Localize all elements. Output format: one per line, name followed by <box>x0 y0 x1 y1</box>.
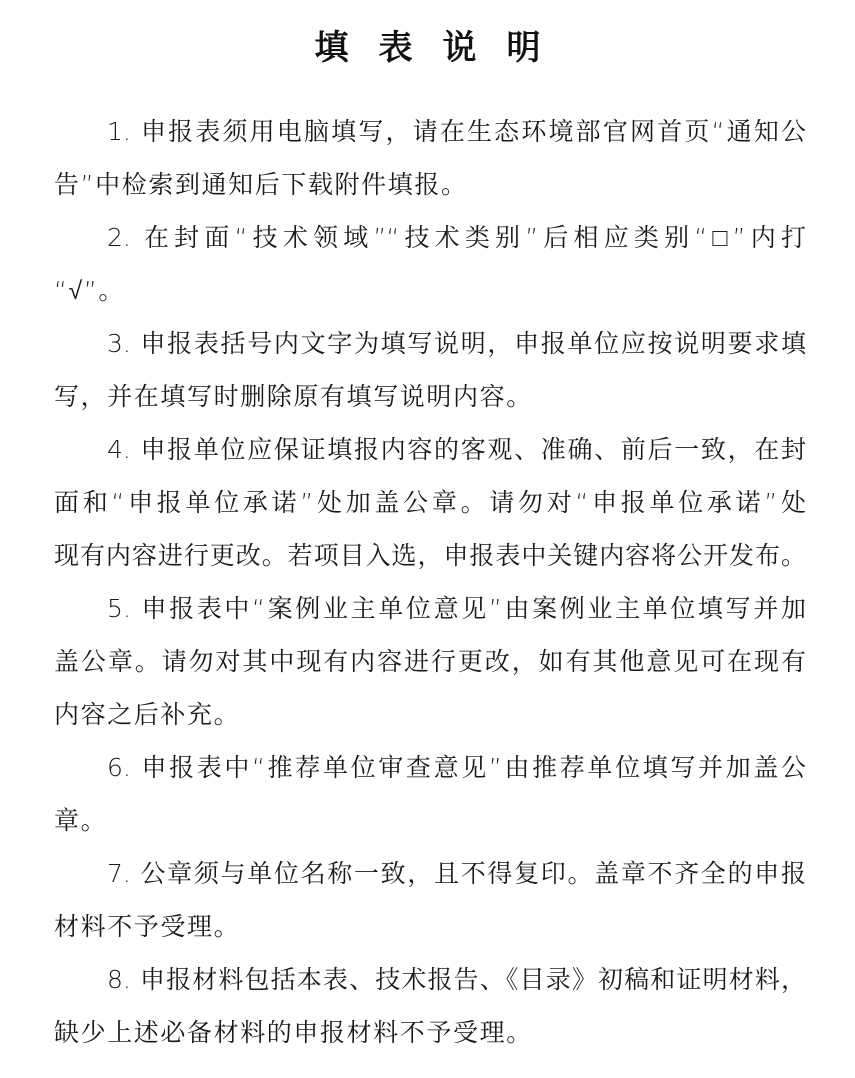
instructions-body: 1. 申报表须用电脑填写，请在生态环境部官网首页“通知公 告”中检索到通知后下载… <box>54 105 806 1059</box>
instruction-line: 6. 申报表中“推荐单位审查意见”由推荐单位填写并加盖公 <box>54 741 806 794</box>
instruction-item-2: 2. 在封面“技术领域”“技术类别”后相应类别“□”内打 “√”。 <box>54 211 806 317</box>
instruction-item-1: 1. 申报表须用电脑填写，请在生态环境部官网首页“通知公 告”中检索到通知后下载… <box>54 105 806 211</box>
instruction-item-6: 6. 申报表中“推荐单位审查意见”由推荐单位填写并加盖公 章。 <box>54 741 806 847</box>
instruction-line: 写，并在填写时删除原有填写说明内容。 <box>54 370 806 423</box>
instruction-item-5: 5. 申报表中“案例业主单位意见”由案例业主单位填写并加 盖公章。请勿对其中现有… <box>54 582 806 741</box>
instruction-line: 2. 在封面“技术领域”“技术类别”后相应类别“□”内打 <box>54 211 806 264</box>
instruction-line: 告”中检索到通知后下载附件填报。 <box>54 158 806 211</box>
instruction-item-4: 4. 申报单位应保证填报内容的客观、准确、前后一致，在封 面和“申报单位承诺”处… <box>54 423 806 582</box>
instruction-item-3: 3. 申报表括号内文字为填写说明，申报单位应按说明要求填 写，并在填写时删除原有… <box>54 317 806 423</box>
instruction-line: 面和“申报单位承诺”处加盖公章。请勿对“申报单位承诺”处 <box>54 476 806 529</box>
page-title: 填表说明 <box>0 24 855 72</box>
instruction-line: 5. 申报表中“案例业主单位意见”由案例业主单位填写并加 <box>54 582 806 635</box>
instruction-line: 现有内容进行更改。若项目入选，申报表中关键内容将公开发布。 <box>54 529 806 582</box>
instruction-line: 1. 申报表须用电脑填写，请在生态环境部官网首页“通知公 <box>54 105 806 158</box>
instruction-line: 4. 申报单位应保证填报内容的客观、准确、前后一致，在封 <box>54 423 806 476</box>
instruction-line: 8. 申报材料包括本表、技术报告、《目录》初稿和证明材料， <box>54 953 806 1006</box>
instruction-line: 盖公章。请勿对其中现有内容进行更改，如有其他意见可在现有 <box>54 635 806 688</box>
instruction-item-7: 7. 公章须与单位名称一致，且不得复印。盖章不齐全的申报 材料不予受理。 <box>54 847 806 953</box>
instruction-line: 材料不予受理。 <box>54 900 806 953</box>
instruction-line: 缺少上述必备材料的申报材料不予受理。 <box>54 1006 806 1059</box>
instruction-line: 3. 申报表括号内文字为填写说明，申报单位应按说明要求填 <box>54 317 806 370</box>
instruction-line: 7. 公章须与单位名称一致，且不得复印。盖章不齐全的申报 <box>54 847 806 900</box>
page-title-text: 填表说明 <box>315 28 571 68</box>
instruction-item-8: 8. 申报材料包括本表、技术报告、《目录》初稿和证明材料， 缺少上述必备材料的申… <box>54 953 806 1059</box>
instruction-line: 章。 <box>54 794 806 847</box>
instruction-line: “√”。 <box>54 264 806 317</box>
instruction-line: 内容之后补充。 <box>54 688 806 741</box>
